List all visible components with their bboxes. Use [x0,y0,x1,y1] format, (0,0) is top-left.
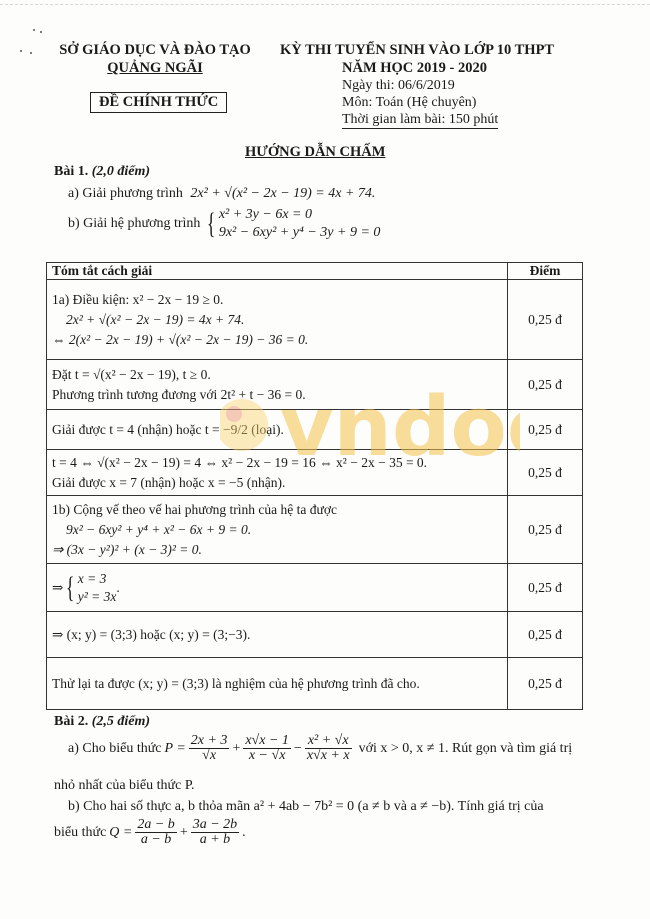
problem1-part-b-prefix: b) Giải hệ phương trình [68,216,200,232]
guide-title: HƯỚNG DẪN CHẤM [245,144,385,161]
implies-system: ⇒ { x = 3 y² = 3x . [52,570,502,606]
solution-line: Giải được x = 7 (nhận) hoặc x = −5 (nhận… [52,473,502,493]
solution-cell: Đặt t = √(x² − 2x − 19), t ≥ 0. Phương t… [47,360,508,410]
table-row: ⇒ (x; y) = (3;3) hoặc (x; y) = (3;−3). 0… [47,612,583,658]
problem1-part-a-equation: 2x² + √(x² − 2x − 19) = 4x + 74. [190,186,375,201]
points-cell: 0,25 đ [508,496,583,564]
problem2-title: Bài 2. [54,714,88,729]
exam-info: Ngày thi: 06/6/2019 Môn: Toán (Hệ chuyên… [342,77,498,129]
points-cell: 0,25 đ [508,612,583,658]
solution-cell: 1a) Điều kiện: x² − 2x − 19 ≥ 0. 2x² + √… [47,280,508,360]
official-badge: ĐỀ CHÍNH THỨC [90,92,227,113]
exam-header: KỲ THI TUYỂN SINH VÀO LỚP 10 THPT NĂM HỌ… [280,41,554,77]
scan-speck [33,29,35,31]
solution-line: ⇔ 2(x² − 2x − 19) + √(x² − 2x − 19) − 36… [52,330,502,350]
problem2-part-a-condition: với x > 0, x ≠ 1. Rút gọn và tìm giá trị [359,741,573,757]
solution-line: 1b) Cộng vế theo vế hai phương trình của… [52,500,502,520]
solution-line: ⇒ (3x − y²)² + (x − 3)² = 0. [52,540,502,560]
grading-table: Tóm tắt cách giải Điểm 1a) Điều kiện: x²… [46,262,583,710]
p-fraction-3: x² + √xx√x + x [305,734,352,763]
p-symbol: P = [165,741,186,757]
exam-duration: Thời gian làm bài: 150 phút [342,111,498,129]
system-brace: { [207,209,216,239]
solution-line: Phương trình tương đương với 2t² + t − 3… [52,385,502,405]
problem1-part-a-prefix: a) Giải phương trình [68,186,183,201]
exam-date: Ngày thi: 06/6/2019 [342,77,498,94]
solution-cell: t = 4 ⇔ √(x² − 2x − 19) = 4 ⇔ x² − 2x − … [47,450,508,496]
solution-cell: Thử lại ta được (x; y) = (3;3) là nghiệm… [47,658,508,710]
problem2-part-b-prefix: biểu thức [54,825,106,841]
scan-speck [40,31,42,33]
column-header-points: Điểm [508,263,583,280]
exam-subject: Môn: Toán (Hệ chuyên) [342,94,498,111]
solution-line: y² = 3x [78,588,117,606]
problem1-part-a: a) Giải phương trình 2x² + √(x² − 2x − 1… [68,186,375,202]
p-fraction-2: x√x − 1x − √x [243,734,291,763]
implies-symbol: ⇒ [52,580,63,596]
school-year: NĂM HỌC 2019 - 2020 [280,59,554,77]
solution-line: 2x² + √(x² − 2x − 19) = 4x + 74. [52,310,502,330]
table-row: 1b) Cộng vế theo vế hai phương trình của… [47,496,583,564]
points-cell: 0,25 đ [508,360,583,410]
table-row: t = 4 ⇔ √(x² − 2x − 19) = 4 ⇔ x² − 2x − … [47,450,583,496]
problem2-part-a-prefix: a) Cho biểu thức [68,741,162,757]
column-header-solution: Tóm tắt cách giải [47,263,508,280]
table-row: ⇒ { x = 3 y² = 3x . 0,25 đ [47,564,583,612]
table-row: Giải được t = 4 (nhận) hoặc t = −9/2 (lo… [47,410,583,450]
points-cell: 0,25 đ [508,658,583,710]
solution-line: x = 3 [78,570,117,588]
scan-speck [30,52,32,54]
solution-line: t = 4 ⇔ √(x² − 2x − 19) = 4 ⇔ x² − 2x − … [52,453,502,473]
department-name: SỞ GIÁO DỤC VÀ ĐÀO TẠO [45,41,265,59]
province-name: QUẢNG NGÃI [45,59,265,77]
table-row: Thử lại ta được (x; y) = (3;3) là nghiệm… [47,658,583,710]
department-header: SỞ GIÁO DỤC VÀ ĐÀO TẠO QUẢNG NGÃI [45,41,265,77]
q-symbol: Q = [109,825,132,841]
solution-line: 1a) Điều kiện: x² − 2x − 19 ≥ 0. [52,290,502,310]
problem2-part-a-line2: nhỏ nhất của biểu thức P. [54,778,195,794]
q-fraction-1: 2a − ba − b [135,818,176,847]
problem2-heading: Bài 2. (2,5 điểm) [54,714,150,730]
points-cell: 0,25 đ [508,564,583,612]
solution-line: Đặt t = √(x² − 2x − 19), t ≥ 0. [52,365,502,385]
problem1-heading: Bài 1. (2,0 điểm) [54,164,150,180]
problem1-system: x² + 3y − 6x = 0 9x² − 6xy² + y⁴ − 3y + … [219,206,381,242]
table-header-row: Tóm tắt cách giải Điểm [47,263,583,280]
solution-cell: Giải được t = 4 (nhận) hoặc t = −9/2 (lo… [47,410,508,450]
p-fraction-1: 2x + 3√x [189,734,230,763]
points-cell: 0,25 đ [508,280,583,360]
solution-line: Thử lại ta được (x; y) = (3;3) là nghiệm… [52,674,502,694]
points-cell: 0,25 đ [508,450,583,496]
table-row: 1a) Điều kiện: x² − 2x − 19 ≥ 0. 2x² + √… [47,280,583,360]
solution-cell: ⇒ (x; y) = (3;3) hoặc (x; y) = (3;−3). [47,612,508,658]
solution-line: ⇒ (x; y) = (3;3) hoặc (x; y) = (3;−3). [52,625,502,645]
result-system: x = 3 y² = 3x [78,570,117,606]
points-cell: 0,25 đ [508,410,583,450]
scan-speck [20,50,22,52]
problem2-points: (2,5 điểm) [92,714,150,729]
problem2-part-b-line1: b) Cho hai số thực a, b thỏa mãn a² + 4a… [68,799,544,815]
solution-cell: ⇒ { x = 3 y² = 3x . [47,564,508,612]
solution-line: 9x² − 6xy² + y⁴ + x² − 6x + 9 = 0. [52,520,502,540]
problem1-title: Bài 1. [54,164,88,179]
solution-line: Giải được t = 4 (nhận) hoặc t = −9/2 (lo… [52,420,502,440]
problem1-system-eq2: 9x² − 6xy² + y⁴ − 3y + 9 = 0 [219,224,381,242]
q-fraction-2: 3a − 2ba + b [191,818,239,847]
problem1-system-eq1: x² + 3y − 6x = 0 [219,206,381,224]
system-brace: { [66,573,75,603]
problem1-points: (2,0 điểm) [92,164,150,179]
table-row: Đặt t = √(x² − 2x − 19), t ≥ 0. Phương t… [47,360,583,410]
problem1-part-b: b) Giải hệ phương trình { x² + 3y − 6x =… [68,206,380,242]
exam-title: KỲ THI TUYỂN SINH VÀO LỚP 10 THPT [280,41,554,59]
problem2-part-a: a) Cho biểu thức P = 2x + 3√x + x√x − 1x… [68,734,572,763]
solution-cell: 1b) Cộng vế theo vế hai phương trình của… [47,496,508,564]
problem2-part-b-expression: biểu thức Q = 2a − ba − b + 3a − 2ba + b… [54,818,246,847]
scan-edge-line [0,4,650,5]
